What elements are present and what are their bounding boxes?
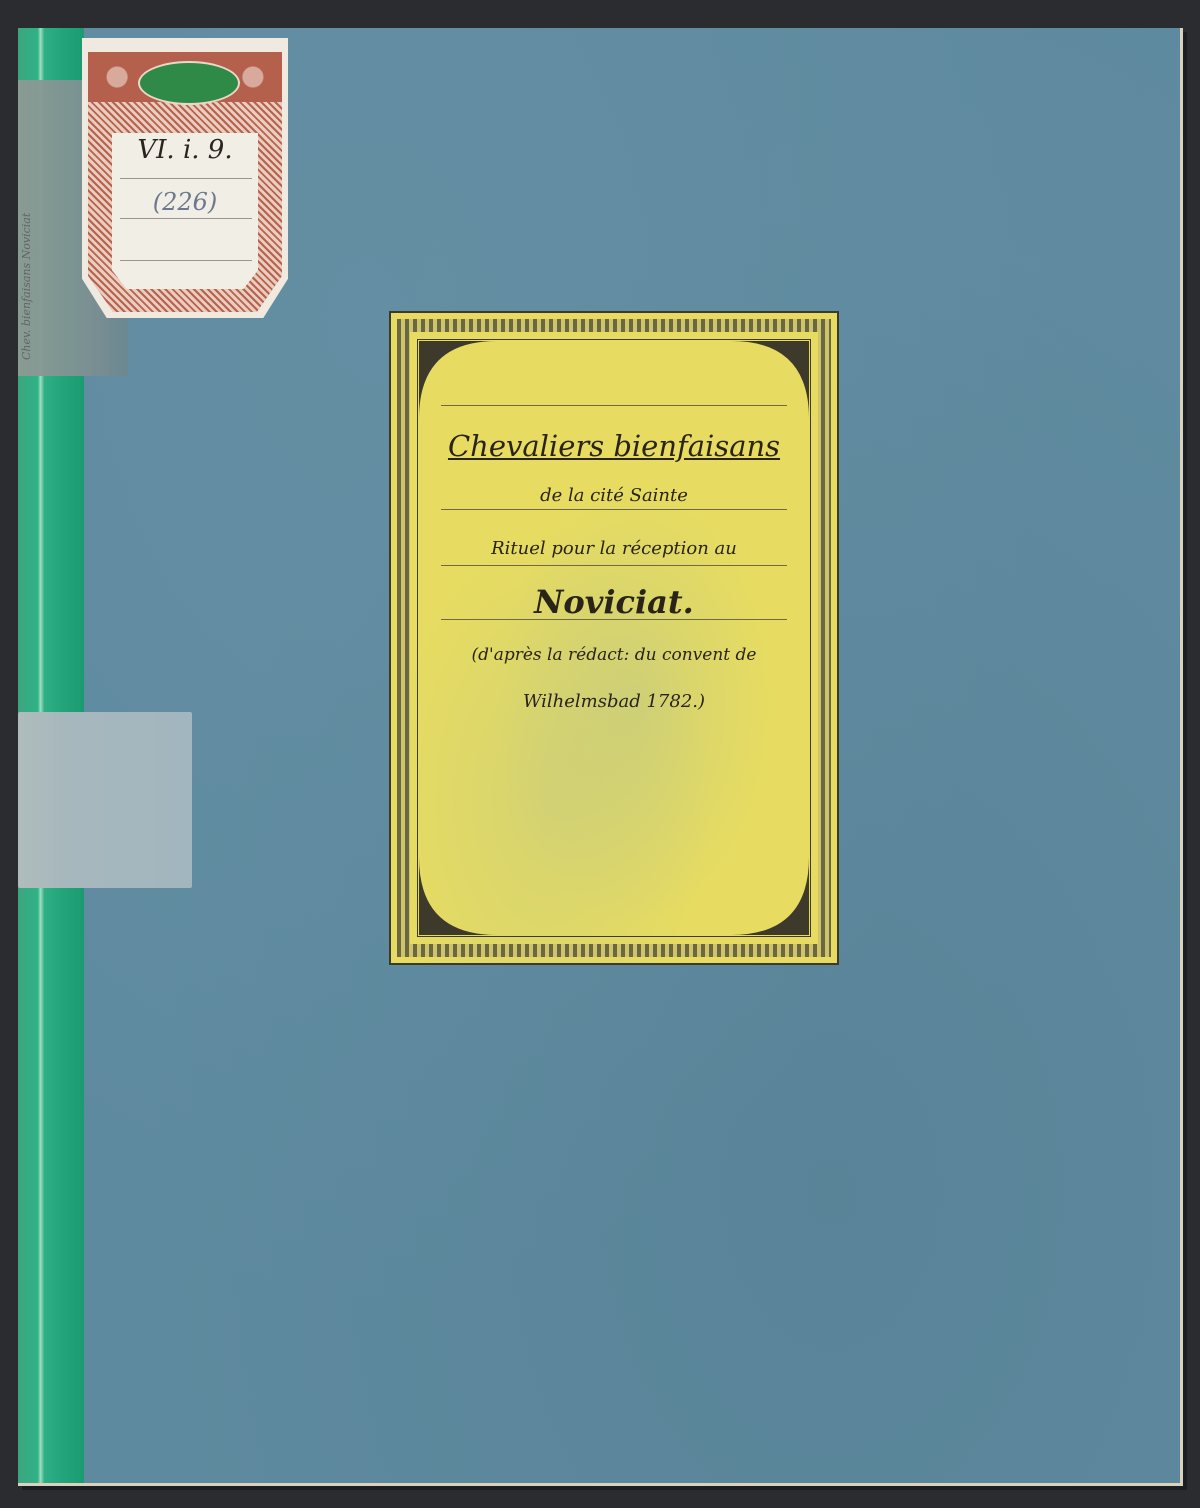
shelfmark: VI. i. 9. xyxy=(112,135,258,165)
title-line-4: Noviciat. xyxy=(431,583,797,621)
ruled-line xyxy=(441,509,787,510)
shelf-label-rule xyxy=(120,178,252,179)
shelf-mark-label: VI. i. 9. (226) xyxy=(82,38,288,318)
shelf-label-oval-icon xyxy=(138,61,240,105)
spine-tape-patch xyxy=(18,712,192,888)
title-line-2: de la cité Sainte xyxy=(431,485,797,506)
title-line-5: (d'après la rédact: du convent de xyxy=(431,645,797,665)
spine-title: Chev. bienfaisans Noviciat xyxy=(20,100,38,360)
ruled-line xyxy=(441,565,787,566)
title-line-3: Rituel pour la réception au xyxy=(431,538,797,559)
ruled-line xyxy=(441,405,787,406)
shelf-label-rule xyxy=(120,218,252,219)
title-label: Chevaliers bienfaisans de la cité Sainte… xyxy=(389,311,839,965)
title-line-6: Wilhelmsbad 1782.) xyxy=(431,691,797,712)
ruled-line xyxy=(441,619,787,620)
title-line-1: Chevaliers bienfaisans xyxy=(431,429,797,463)
shelf-number: (226) xyxy=(112,188,258,216)
shelf-label-rule xyxy=(120,260,252,261)
